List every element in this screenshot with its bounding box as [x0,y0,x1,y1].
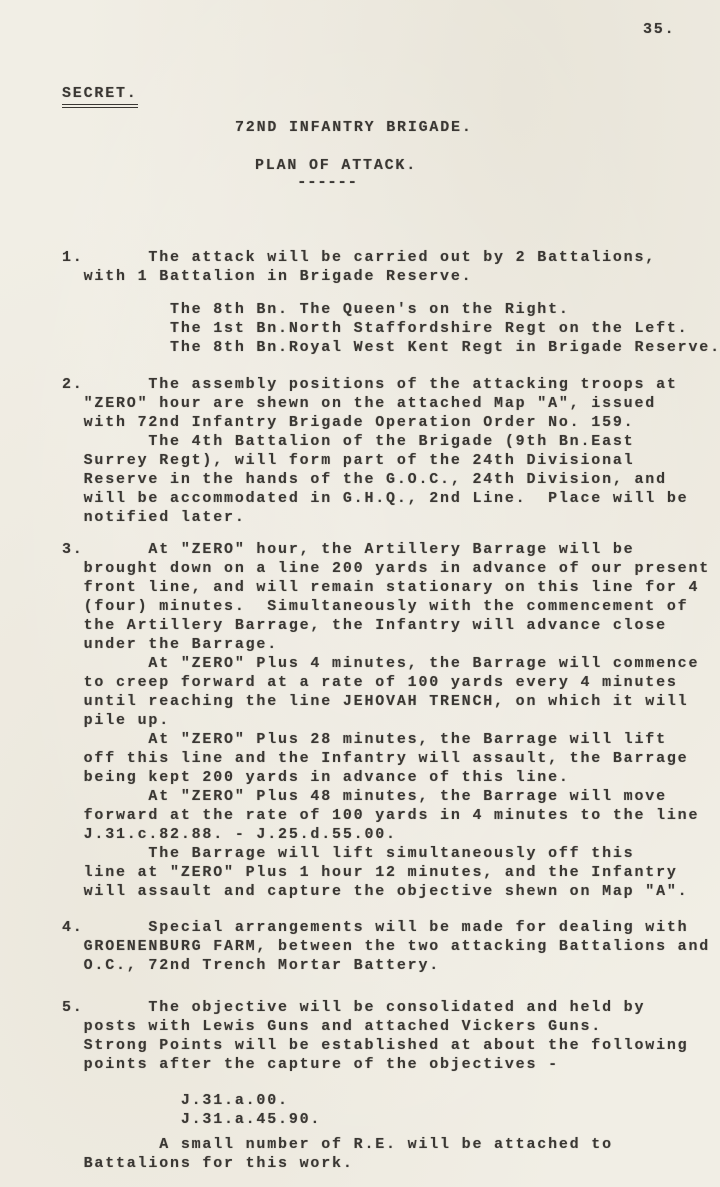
paragraph-2: 2. The assembly positions of the attacki… [62,375,720,527]
battalion-assignment-list: The 8th Bn. The Queen's on the Right. Th… [62,300,720,357]
paragraph-1: 1. The attack will be carried out by 2 B… [62,248,720,286]
document-title: 72ND INFANTRY BRIGADE. [235,118,473,137]
document-body: 1. The attack will be carried out by 2 B… [62,248,720,1173]
page-number: 35. [643,20,675,39]
paragraph-4: 4. Special arrangements will be made for… [62,918,720,975]
document-page: 35. SECRET. 72ND INFANTRY BRIGADE. PLAN … [0,0,720,1187]
closing-note: A small number of R.E. will be attached … [62,1135,720,1173]
paragraph-5: 5. The objective will be consolidated an… [62,998,720,1074]
strong-points-coordinates: J.31.a.00. J.31.a.45.90. [62,1091,720,1129]
title-divider-dashes: ------ [297,173,358,192]
classification-label: SECRET. [62,84,138,108]
classification-secret-text: SECRET. [62,84,138,108]
paragraph-3: 3. At "ZERO" hour, the Artillery Barrage… [62,540,720,901]
